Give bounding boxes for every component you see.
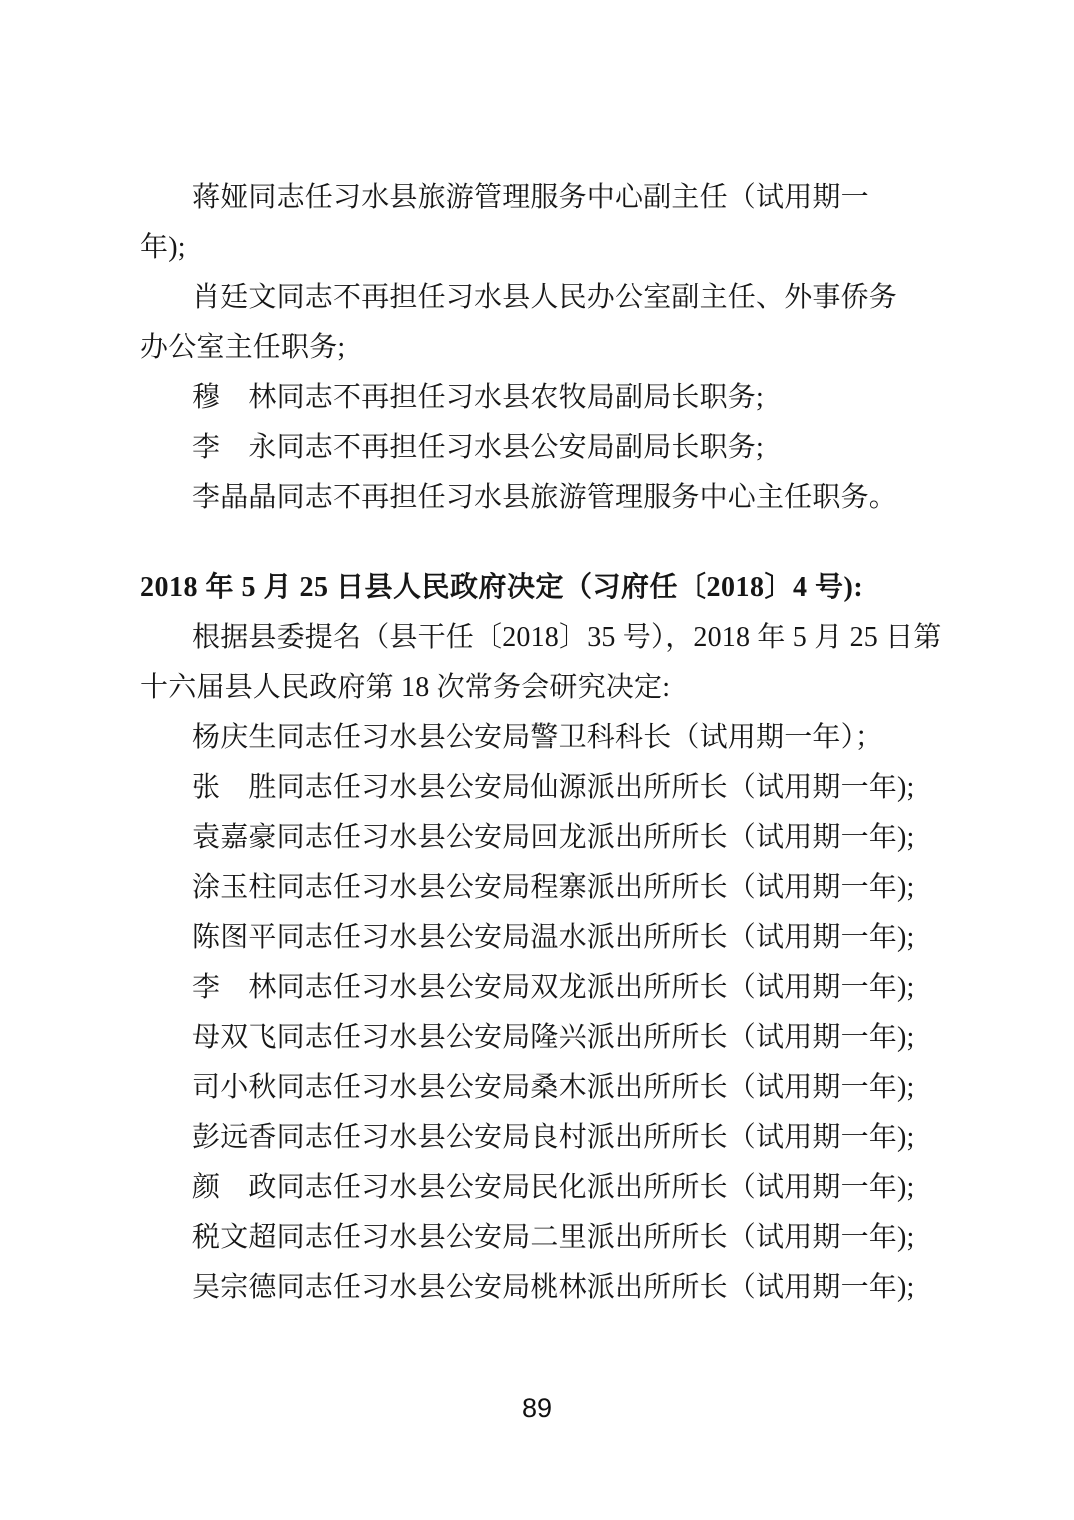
document-line: 张 胜同志任习水县公安局仙源派出所所长（试用期一年);: [140, 763, 946, 813]
document-page: 蒋娅同志任习水县旅游管理服务中心副主任（试用期一年);肖廷文同志不再担任习水县人…: [0, 0, 1074, 1520]
document-line: 袁嘉豪同志任习水县公安局回龙派出所所长（试用期一年);: [140, 813, 946, 863]
document-line: 李 林同志任习水县公安局双龙派出所所长（试用期一年);: [140, 963, 946, 1013]
document-line: 十六届县人民政府第 18 次常务会研究决定:: [140, 663, 946, 713]
document-line: 蒋娅同志任习水县旅游管理服务中心副主任（试用期一: [140, 173, 946, 223]
document-line: 李 永同志不再担任习水县公安局副局长职务;: [140, 423, 946, 473]
document-line: 穆 林同志不再担任习水县农牧局副局长职务;: [140, 373, 946, 423]
document-line: 颜 政同志任习水县公安局民化派出所所长（试用期一年);: [140, 1163, 946, 1213]
document-line: 年);: [140, 223, 946, 273]
document-line: 彭远香同志任习水县公安局良村派出所所长（试用期一年);: [140, 1113, 946, 1163]
document-line: 税文超同志任习水县公安局二里派出所所长（试用期一年);: [140, 1213, 946, 1263]
document-line: 李晶晶同志不再担任习水县旅游管理服务中心主任职务。: [140, 473, 946, 523]
document-line: 根据县委提名（县干任〔2018〕35 号），2018 年 5 月 25 日第: [140, 613, 946, 663]
document-line: 涂玉柱同志任习水县公安局程寨派出所所长（试用期一年);: [140, 863, 946, 913]
page-number: 89: [0, 1393, 1074, 1424]
document-line: 司小秋同志任习水县公安局桑木派出所所长（试用期一年);: [140, 1063, 946, 1113]
document-line: 陈图平同志任习水县公安局温水派出所所长（试用期一年);: [140, 913, 946, 963]
document-line: 母双飞同志任习水县公安局隆兴派出所所长（试用期一年);: [140, 1013, 946, 1063]
document-line: 办公室主任职务;: [140, 323, 946, 373]
document-line: 杨庆生同志任习水县公安局警卫科科长（试用期一年）；: [140, 713, 946, 763]
section-heading: 2018 年 5 月 25 日县人民政府决定（习府任〔2018〕4 号):: [140, 563, 946, 613]
document-line: 吴宗德同志任习水县公安局桃林派出所所长（试用期一年);: [140, 1263, 946, 1313]
document-line: 肖廷文同志不再担任习水县人民办公室副主任、外事侨务: [140, 273, 946, 323]
document-body: 蒋娅同志任习水县旅游管理服务中心副主任（试用期一年);肖廷文同志不再担任习水县人…: [140, 173, 946, 1313]
